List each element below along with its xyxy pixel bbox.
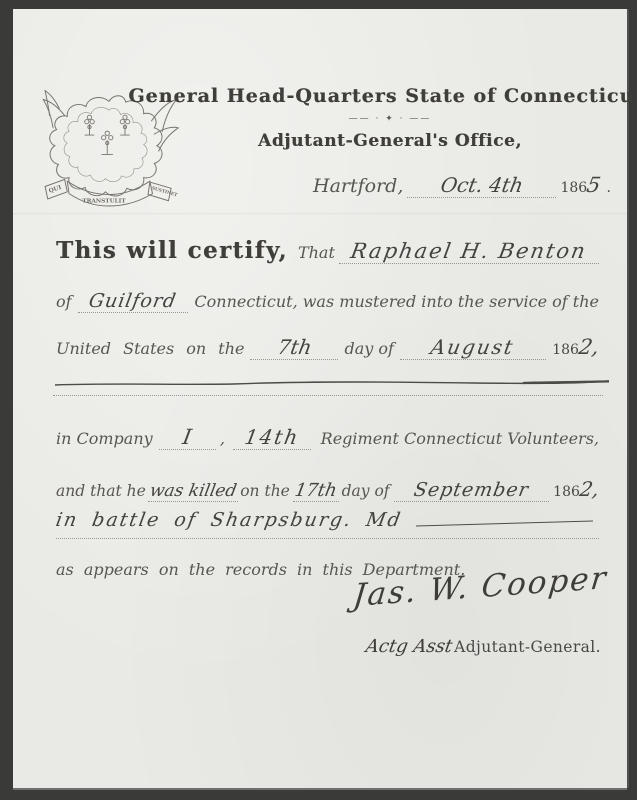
- muster-day-blank: 7th: [250, 335, 338, 360]
- pen-dash: [416, 521, 593, 527]
- of-printed: of: [56, 292, 72, 311]
- company-handwritten: I: [181, 425, 194, 449]
- united-states-printed: United States on the: [56, 339, 244, 358]
- muster-year-printed: 186: [552, 342, 579, 358]
- date-line: Hartford, Oct. 4th 186 5 .: [313, 173, 611, 198]
- blank-rule-dotted: [53, 395, 603, 396]
- date-period: .: [607, 180, 611, 196]
- fate-month-blank: September: [394, 479, 550, 502]
- certify-that: That: [298, 243, 335, 262]
- fate-lead-printed: and that he: [56, 482, 146, 500]
- fate-handwritten: was killed: [148, 481, 238, 501]
- seal-motto-mid: TRANSTULIT: [82, 198, 126, 204]
- battle-handwritten: in battle of Sharpsburg. Md: [54, 509, 404, 531]
- company-line: in Company I , 14th Regiment Connecticut…: [56, 425, 599, 450]
- soldier-name-handwritten: Raphael H. Benton: [349, 239, 589, 263]
- letterhead-office-text: Adjutant-General's Office,: [258, 131, 522, 151]
- connecticut-seal: QUI TRANSTULIT SUSTINET: [38, 87, 180, 223]
- town-blank: Guilford: [78, 290, 189, 313]
- certify-lead: This will certify,: [56, 237, 288, 264]
- company-comma: ,: [220, 429, 225, 448]
- letterhead-office: Adjutant-General's Office,: [158, 131, 622, 151]
- day-of-printed: day of: [344, 339, 393, 358]
- fate-day-of-printed: day of: [342, 482, 390, 500]
- adjutant-general-printed: Adjutant-General.: [454, 638, 601, 656]
- seal-motto-left: QUI: [48, 185, 62, 195]
- residence-line: of Guilford Connecticut, was mustered in…: [56, 290, 599, 313]
- muster-month-blank: August: [400, 335, 546, 360]
- fate-year-printed: 186: [553, 484, 580, 500]
- town-handwritten: Guilford: [87, 290, 178, 312]
- letterhead-title-text: General Head-Quarters State of Connectic…: [128, 85, 637, 107]
- year-handwritten: 5: [585, 173, 603, 197]
- seal-flourish-left: [43, 100, 64, 128]
- muster-month-handwritten: August: [429, 335, 517, 359]
- date-blank: Oct. 4th: [407, 173, 556, 198]
- casualty-line: and that he was killed on the 17th day o…: [56, 477, 599, 502]
- date-handwritten: Oct. 4th: [439, 173, 525, 197]
- muster-year-handwritten: 2,: [577, 335, 601, 359]
- name-blank: Raphael H. Benton: [339, 239, 599, 264]
- grape-vines: [85, 115, 130, 154]
- fate-day-handwritten: 17th: [293, 480, 338, 501]
- company-printed: in Company: [56, 429, 153, 448]
- regiment-number-handwritten: 14th: [242, 425, 301, 449]
- scanned-document: { "colors": { "scan_border": "#3a3a38", …: [0, 0, 637, 800]
- battle-line: in battle of Sharpsburg. Md: [56, 509, 599, 539]
- muster-date-line: United States on the 7th day of August 1…: [56, 335, 599, 360]
- fate-month-handwritten: September: [412, 479, 531, 501]
- certificate-page: QUI TRANSTULIT SUSTINET General Head-Qua…: [13, 9, 627, 788]
- company-blank: I: [159, 425, 216, 450]
- letterhead-divider: —— · ✦ · ——: [158, 114, 622, 124]
- year-printed: 186: [560, 180, 587, 196]
- certify-line: This will certify, That Raphael H. Bento…: [56, 237, 599, 264]
- place-printed: Hartford,: [313, 175, 403, 197]
- fate-year-handwritten: 2,: [578, 477, 601, 501]
- signature-title-line: Actg Asst Adjutant-General.: [373, 636, 601, 657]
- signature-rank-handwritten: Actg Asst: [364, 636, 454, 657]
- pen-strike-line: [53, 377, 613, 389]
- muster-day-handwritten: 7th: [276, 335, 314, 359]
- fate-day-blank: 17th: [293, 480, 339, 502]
- muster-text-printed: Connecticut, was mustered into the servi…: [194, 292, 599, 311]
- regiment-number-blank: 14th: [233, 425, 311, 450]
- on-the-printed: on the: [240, 482, 290, 500]
- regiment-printed: Regiment Connecticut Volunteers,: [321, 429, 599, 448]
- fate-blank: was killed: [148, 481, 238, 502]
- fold-crease: [13, 213, 627, 215]
- letterhead-title: General Head-Quarters State of Connectic…: [158, 85, 622, 107]
